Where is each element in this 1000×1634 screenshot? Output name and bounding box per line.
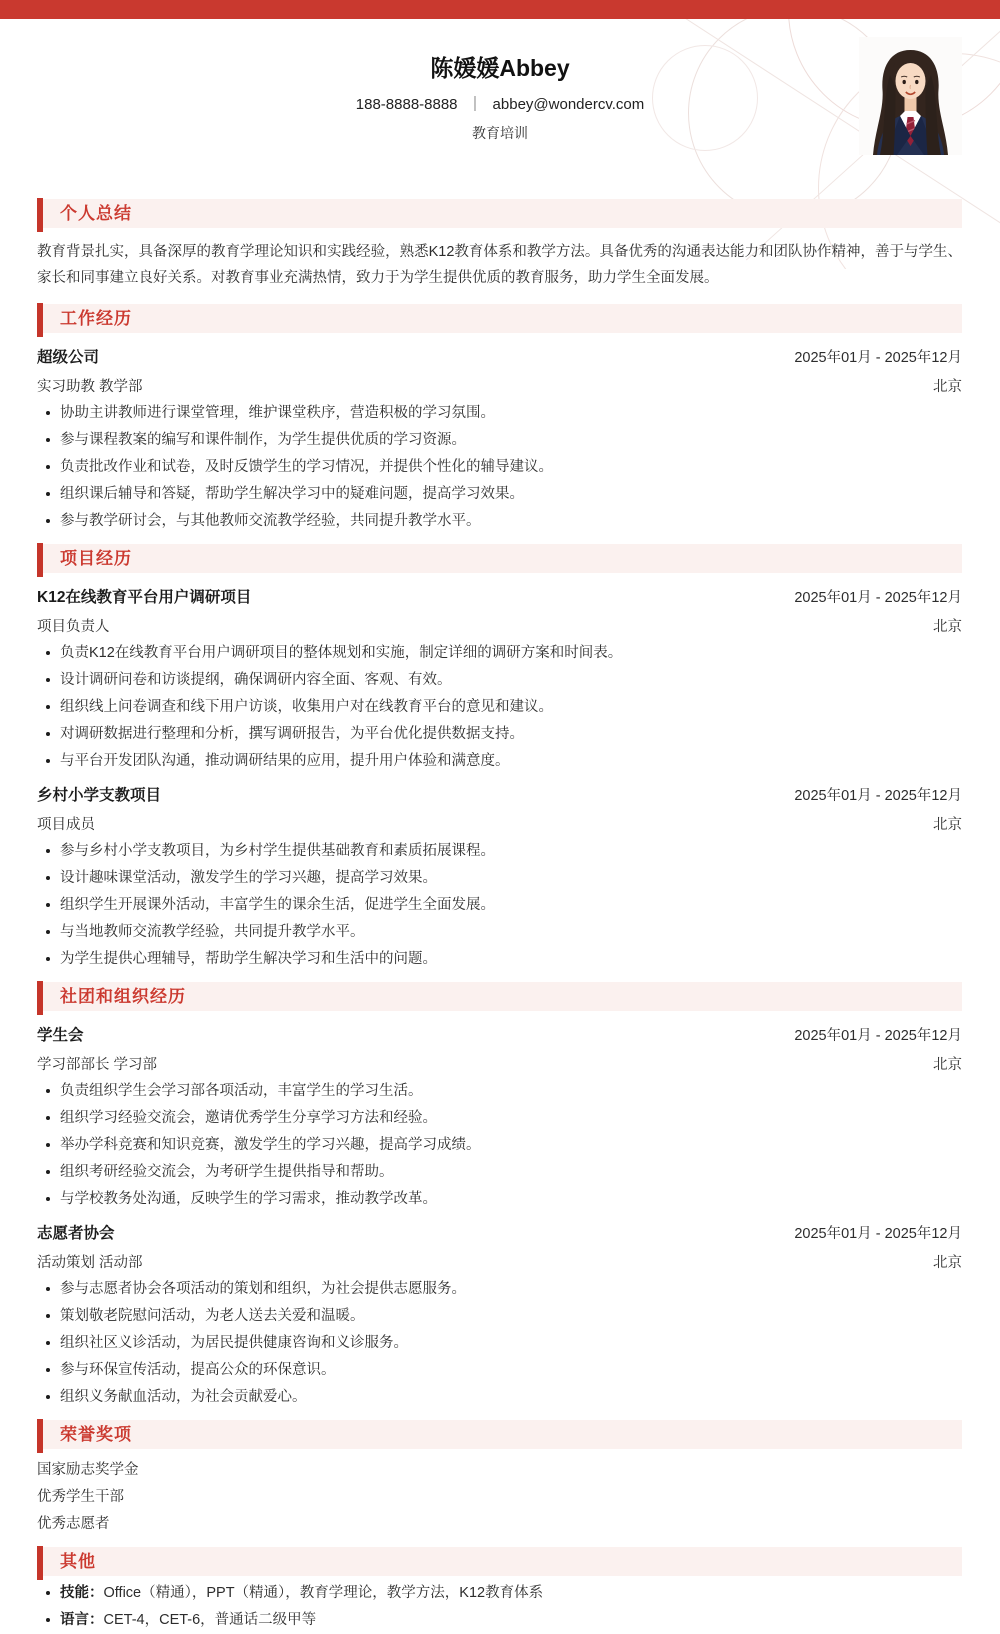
section-header-honors: 荣誉奖项 [37,1420,962,1449]
entry-date: 2025年01月 - 2025年12月 [794,346,962,367]
bullet-item: 组织课后辅导和答疑，帮助学生解决学习中的疑难问题，提高学习效果。 [37,485,962,504]
top-accent-bar [0,0,1000,19]
skills-label: 技能： [60,1585,104,1601]
bullet-item: 对调研数据进行整理和分析，撰写调研报告，为平台优化提供数据支持。 [37,725,962,744]
section-accent-bar [37,1419,43,1453]
bullet-item: 与平台开发团队沟通，推动调研结果的应用，提升用户体验和满意度。 [37,752,962,771]
profile-photo [859,37,962,155]
languages-item: 语言：CET-4，CET-6，普通话二级甲等 [37,1611,962,1630]
section-accent-bar [37,303,43,337]
organization-entry: 志愿者协会 2025年01月 - 2025年12月 活动策划 活动部 北京 参与… [37,1221,962,1407]
bullet-item: 协助主讲教师进行课堂管理，维护课堂秩序，营造积极的学习氛围。 [37,404,962,423]
summary-text: 教育背景扎实，具备深厚的教育学理论知识和实践经验，熟悉K12教育体系和教学方法。… [37,239,962,291]
entry-location: 北京 [933,1251,962,1272]
skills-item: 技能：Office（精通），PPT（精通），教育学理论，教学方法，K12教育体系 [37,1584,962,1603]
entry-role: 项目负责人 [37,615,110,636]
bullet-item: 与当地教师交流教学经验，共同提升教学水平。 [37,923,962,942]
candidate-name: 陈媛媛Abbey [0,19,1000,81]
languages-label: 语言： [60,1612,104,1628]
section-title: 荣誉奖项 [37,1420,132,1449]
entry-bullets: 协助主讲教师进行课堂管理，维护课堂秩序，营造积极的学习氛围。 参与课程教案的编写… [37,404,962,531]
entry-org: 乡村小学支教项目 [37,783,161,805]
section-header-organizations: 社团和组织经历 [37,982,962,1011]
bullet-item: 参与环保宣传活动，提高公众的环保意识。 [37,1361,962,1380]
email-address: abbey@wondercv.com [493,96,645,113]
bullet-item: 策划敬老院慰问活动，为老人送去关爱和温暖。 [37,1307,962,1326]
bullet-item: 举办学科竞赛和知识竞赛，激发学生的学习兴趣，提高学习成绩。 [37,1136,962,1155]
bullet-item: 负责K12在线教育平台用户调研项目的整体规划和实施，制定详细的调研方案和时间表。 [37,644,962,663]
entry-date: 2025年01月 - 2025年12月 [794,1222,962,1243]
honor-item: 优秀志愿者 [37,1515,962,1534]
section-title: 工作经历 [37,304,132,333]
section-title: 个人总结 [37,199,132,228]
section-accent-bar [37,981,43,1015]
entry-org: 超级公司 [37,345,99,367]
project-entry: K12在线教育平台用户调研项目 2025年01月 - 2025年12月 项目负责… [37,585,962,771]
entry-role: 活动策划 活动部 [37,1251,143,1272]
entry-org: K12在线教育平台用户调研项目 [37,585,251,607]
honor-item: 国家励志奖学金 [37,1461,962,1480]
bullet-item: 组织考研经验交流会，为考研学生提供指导和帮助。 [37,1163,962,1182]
bullet-item: 组织学习经验交流会，邀请优秀学生分享学习方法和经验。 [37,1109,962,1128]
section-title: 其他 [37,1547,96,1576]
other-list: 技能：Office（精通），PPT（精通），教育学理论，教学方法，K12教育体系… [37,1584,962,1630]
resume-body: 个人总结 教育背景扎实，具备深厚的教育学理论知识和实践经验，熟悉K12教育体系和… [37,199,962,1630]
entry-role: 实习助教 教学部 [37,375,143,396]
honor-item: 优秀学生干部 [37,1488,962,1507]
portrait-illustration [859,37,962,155]
languages-text: CET-4，CET-6，普通话二级甲等 [104,1612,317,1628]
entry-date: 2025年01月 - 2025年12月 [794,1024,962,1045]
project-entry: 乡村小学支教项目 2025年01月 - 2025年12月 项目成员 北京 参与乡… [37,783,962,969]
phone-number: 188-8888-8888 [356,96,458,113]
section-header-summary: 个人总结 [37,199,962,228]
bullet-item: 参与教学研讨会，与其他教师交流教学经验，共同提升教学水平。 [37,512,962,531]
bullet-item: 与学校教务处沟通，反映学生的学习需求，推动教学改革。 [37,1190,962,1209]
organization-entry: 学生会 2025年01月 - 2025年12月 学习部部长 学习部 北京 负责组… [37,1023,962,1209]
target-field: 教育培训 [0,123,1000,143]
entry-date: 2025年01月 - 2025年12月 [794,784,962,805]
entry-bullets: 参与志愿者协会各项活动的策划和组织，为社会提供志愿服务。 策划敬老院慰问活动，为… [37,1280,962,1407]
entry-location: 北京 [933,1053,962,1074]
entry-location: 北京 [933,615,962,636]
entry-bullets: 参与乡村小学支教项目，为乡村学生提供基础教育和素质拓展课程。 设计趣味课堂活动，… [37,842,962,969]
work-entry: 超级公司 2025年01月 - 2025年12月 实习助教 教学部 北京 协助主… [37,345,962,531]
entry-bullets: 负责组织学生会学习部各项活动，丰富学生的学习生活。 组织学习经验交流会，邀请优秀… [37,1082,962,1209]
bullet-item: 设计调研问卷和访谈提纲，确保调研内容全面、客观、有效。 [37,671,962,690]
bullet-item: 负责批改作业和试卷，及时反馈学生的学习情况，并提供个性化的辅导建议。 [37,458,962,477]
bullet-item: 为学生提供心理辅导，帮助学生解决学习和生活中的问题。 [37,950,962,969]
bullet-item: 组织线上问卷调查和线下用户访谈，收集用户对在线教育平台的意见和建议。 [37,698,962,717]
bullet-item: 负责组织学生会学习部各项活动，丰富学生的学习生活。 [37,1082,962,1101]
entry-org: 学生会 [37,1023,84,1045]
skills-text: Office（精通），PPT（精通），教育学理论，教学方法，K12教育体系 [104,1585,544,1601]
section-accent-bar [37,1546,43,1580]
section-header-work: 工作经历 [37,304,962,333]
bullet-item: 组织学生开展课外活动，丰富学生的课余生活，促进学生全面发展。 [37,896,962,915]
entry-bullets: 负责K12在线教育平台用户调研项目的整体规划和实施，制定详细的调研方案和时间表。… [37,644,962,771]
entry-org: 志愿者协会 [37,1221,115,1243]
entry-location: 北京 [933,375,962,396]
bullet-item: 参与课程教案的编写和课件制作，为学生提供优质的学习资源。 [37,431,962,450]
bullet-item: 参与志愿者协会各项活动的策划和组织，为社会提供志愿服务。 [37,1280,962,1299]
honors-list: 国家励志奖学金 优秀学生干部 优秀志愿者 [37,1461,962,1534]
contact-separator: ｜ [468,96,483,113]
bullet-item: 组织义务献血活动，为社会贡献爱心。 [37,1388,962,1407]
section-title: 社团和组织经历 [37,982,186,1011]
contact-line: 188-8888-8888｜abbey@wondercv.com [0,93,1000,114]
section-header-projects: 项目经历 [37,544,962,573]
section-header-other: 其他 [37,1547,962,1576]
entry-role: 项目成员 [37,813,95,834]
bullet-item: 设计趣味课堂活动，激发学生的学习兴趣，提高学习效果。 [37,869,962,888]
entry-location: 北京 [933,813,962,834]
entry-date: 2025年01月 - 2025年12月 [794,586,962,607]
section-accent-bar [37,198,43,232]
section-accent-bar [37,543,43,577]
section-title: 项目经历 [37,544,132,573]
entry-role: 学习部部长 学习部 [37,1053,157,1074]
bullet-item: 组织社区义诊活动，为居民提供健康咨询和义诊服务。 [37,1334,962,1353]
bullet-item: 参与乡村小学支教项目，为乡村学生提供基础教育和素质拓展课程。 [37,842,962,861]
resume-header: 陈媛媛Abbey 188-8888-8888｜abbey@wondercv.co… [0,19,1000,186]
